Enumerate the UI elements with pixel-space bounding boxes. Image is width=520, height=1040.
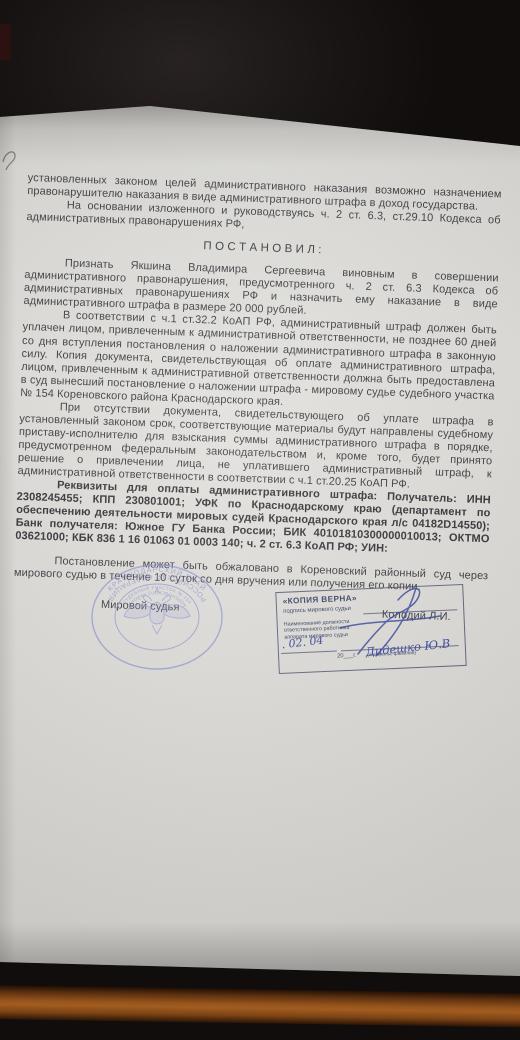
stamp-year-label: 20___г. — [337, 653, 356, 660]
staple-mark-icon — [0, 146, 20, 174]
stamp-title: «КОПИЯ ВЕРНА» — [283, 594, 358, 606]
stamp-name-line — [341, 636, 459, 651]
body-paragraph: В соответствии с ч.1 ст.32.2 КоАП РФ, ад… — [20, 308, 497, 416]
desk-red-mark — [0, 24, 11, 60]
official-round-seal: КРАСНОДАРСКИЙ КРАЙ РОССИЙСКАЯ ФЕДЕРАЦИЯ … — [86, 560, 228, 674]
copy-verified-stamp: «КОПИЯ ВЕРНА» подпись мирового судьи Наи… — [275, 584, 466, 674]
resolution-text: установленных законом целей администрати… — [13, 172, 502, 626]
stamp-signature-label: подпись мирового судьи — [283, 606, 351, 615]
stamp-signature-line — [363, 600, 457, 614]
photo-scene: установленных законом целей администрати… — [0, 0, 520, 1040]
stamp-name-hint: (инициалы, фамилия) — [367, 651, 416, 658]
document-page: установленных законом целей администрати… — [0, 0, 520, 1040]
